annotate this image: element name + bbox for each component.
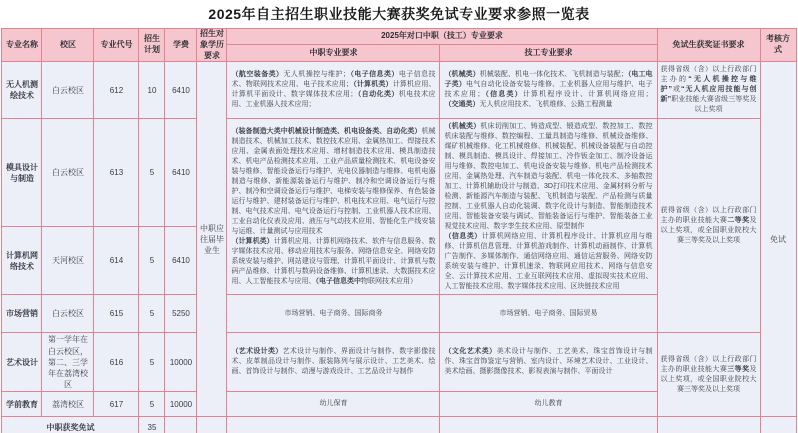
col-enrollment-plan: 招生计划 <box>139 29 165 62</box>
col-campus: 校区 <box>42 29 94 62</box>
tuition: 5250 <box>165 295 197 333</box>
campus: 天河校区 <box>42 227 94 295</box>
col-zhongzhi-requirement: 中职专业要求 <box>227 45 440 62</box>
jigong-req-art: （文化艺术类）美术设计与制作、工艺美术、珠宝首饰设计与制作、珠宝首饰鉴定与营销、… <box>440 333 657 392</box>
footer-plan-total: 35 <box>139 417 165 433</box>
major-name: 艺术设计 <box>2 333 42 392</box>
tuition: 10000 <box>165 392 197 417</box>
enrollment-plan: 5 <box>139 119 165 227</box>
footer-empty-eligibility <box>197 417 227 433</box>
col-eligibility: 招生对象学历要求 <box>197 29 227 62</box>
tuition: 6410 <box>165 62 197 119</box>
tuition: 6410 <box>165 227 197 295</box>
zhongzhi-req-preschool: 幼儿保育 <box>227 392 440 417</box>
exam-method-all: 免试 <box>760 62 796 417</box>
enrollment-plan: 5 <box>139 295 165 333</box>
major-name: 无人机测绘技术 <box>2 62 42 119</box>
tuition: 6410 <box>165 119 197 227</box>
jigong-req-marketing: 市场营销、电子商务、国际贸易 <box>440 295 657 333</box>
col-major-code: 专业代号 <box>94 29 139 62</box>
major-name: 模具设计与制造 <box>2 119 42 227</box>
header-row-1: 专业名称校区专业代号招生计划学费招生对象学历要求2025年对口中职（技工）专业要… <box>2 29 796 45</box>
eligibility-all: 中职应往届毕业生 <box>197 62 227 417</box>
major-name: 学前教育 <box>2 392 42 417</box>
campus: 第一学年在白云校区，第二、三学年在荔湾校区 <box>42 333 94 392</box>
footer-empty-tuition <box>165 417 197 433</box>
footer-empty-zhongzhi <box>227 417 440 433</box>
footer-label: 中职获奖免试 <box>2 417 139 433</box>
enrollment-plan: 10 <box>139 62 165 119</box>
col-major-name: 专业名称 <box>2 29 42 62</box>
jigong-req-uav: （机械类）机械装配、机电一体化技术、飞机制造与装配；（电工电子类）电气自动化设备… <box>440 62 657 119</box>
enrollment-plan: 5 <box>139 392 165 417</box>
major-code: 615 <box>94 295 139 333</box>
major-code: 613 <box>94 119 139 227</box>
col-jigong-requirement: 技工专业要求 <box>440 45 657 62</box>
requirements-table: 专业名称校区专业代号招生计划学费招生对象学历要求2025年对口中职（技工）专业要… <box>1 28 796 433</box>
footer-empty-exam <box>760 417 796 433</box>
zhongzhi-req-art: （艺术设计类）艺术设计与制作、界面设计与制作、数字影像技术、皮革制品设计与制作、… <box>227 333 440 392</box>
row-uav-surveying: 无人机测绘技术白云校区612106410中职应往届毕业生（航空装备类）无人机操控… <box>2 62 796 119</box>
col-tuition: 学费 <box>165 29 197 62</box>
page-title: 2025年自主招生职业技能大赛获奖免试专业要求参照一览表 <box>0 0 798 28</box>
jigong-req-mould-network: （机械类）机床切削加工、铸造成型、锻造成型、数控加工、数控机床装配与维修、数控编… <box>440 119 657 295</box>
zhongzhi-req-uav: （航空装备类）无人机操控与维护；（电子信息类）电子信息技术、物联网技术应用、电子… <box>227 62 440 119</box>
row-art-design: 艺术设计第一学年在白云校区，第二、三学年在荔湾校区616510000（艺术设计类… <box>2 333 796 392</box>
footer-empty-cert <box>657 417 760 433</box>
campus: 白云校区 <box>42 62 94 119</box>
row-footer-total: 中职获奖免试35 <box>2 417 796 433</box>
major-code: 616 <box>94 333 139 392</box>
cert-req-group-3: 获得省级（含）以上行政部门主办的职业技能大赛三等奖及以上奖项，或全国职业院校大赛… <box>657 333 760 417</box>
tuition: 10000 <box>165 333 197 392</box>
major-code: 612 <box>94 62 139 119</box>
enrollment-plan: 5 <box>139 333 165 392</box>
major-name: 市场营销 <box>2 295 42 333</box>
jigong-req-preschool: 幼儿教育 <box>440 392 657 417</box>
cert-req-uav: 获得省级（含）以上行政部门主办的“无人机操控与维护”或“无人机应用技能与创新”职… <box>657 62 760 119</box>
major-code: 617 <box>94 392 139 417</box>
campus: 白云校区 <box>42 119 94 227</box>
campus: 荔湾校区 <box>42 392 94 417</box>
enrollment-plan: 5 <box>139 227 165 295</box>
col-cert-requirement: 免试生获奖证书要求 <box>657 29 760 62</box>
row-mould-design: 模具设计与制造白云校区61356410（装备制造大类中机械设计制造类、机电设备类… <box>2 119 796 227</box>
col-exam-method: 考核方式 <box>760 29 796 62</box>
cert-req-group-2: 获得省级（含）以上行政部门主办的职业技能大赛二等奖及以上奖项，或全国职业院校大赛… <box>657 119 760 333</box>
major-name: 计算机网络技术 <box>2 227 42 295</box>
col-group-counterpart: 2025年对口中职（技工）专业要求 <box>227 29 657 45</box>
campus: 白云校区 <box>42 295 94 333</box>
zhongzhi-req-marketing: 市场营销、电子商务、国际商务 <box>227 295 440 333</box>
footer-empty-jigong <box>440 417 657 433</box>
zhongzhi-req-mould-network: （装备制造大类中机械设计制造类、机电设备类、自动化类）机械制造技术、机械加工技术… <box>227 119 440 295</box>
major-code: 614 <box>94 227 139 295</box>
